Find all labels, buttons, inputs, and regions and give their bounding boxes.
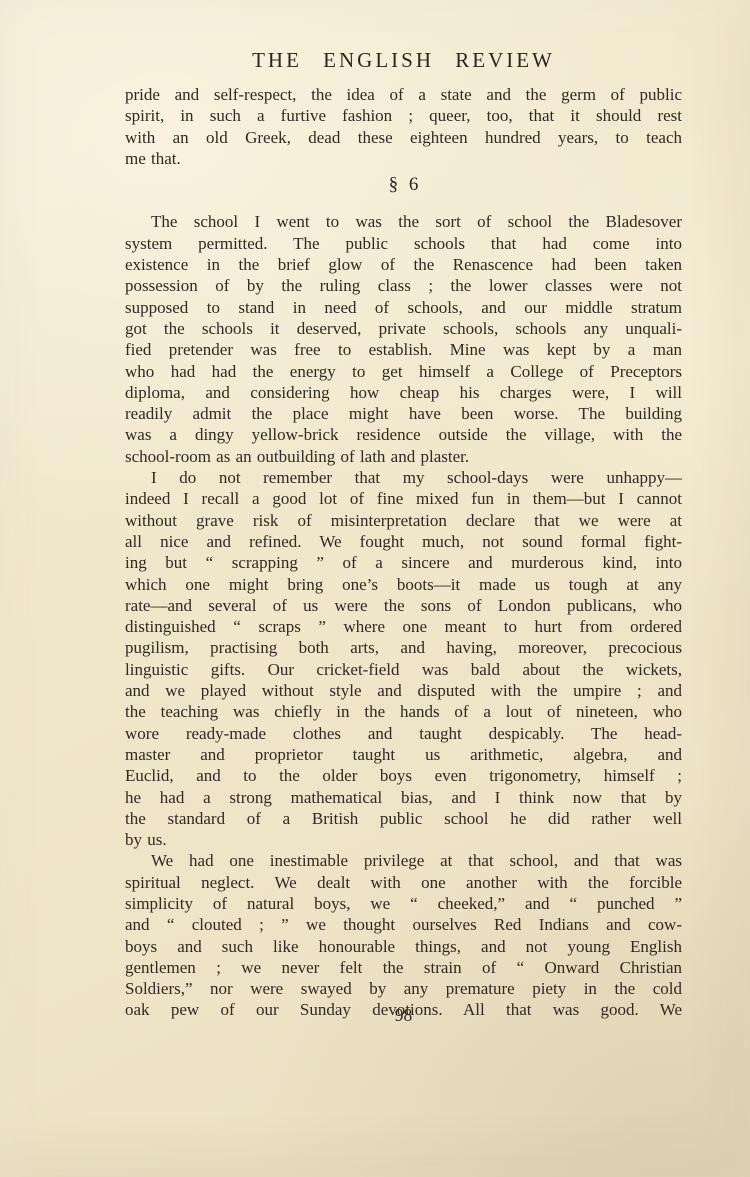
body-text-column: pride and self-respect, the idea of a st… [125,84,682,1021]
text-line: me that. [125,148,682,169]
text-line: Soldiers,” nor were swayed by any premat… [125,978,682,999]
text-line: all nice and refined. We fought much, no… [125,531,682,552]
text-line: gentlemen ; we never felt the strain of … [125,957,682,978]
text-line: diploma, and considering how cheap his c… [125,382,682,403]
text-line: spiritual neglect. We dealt with one ano… [125,872,682,893]
text-line: distinguished “ scraps ” where one meant… [125,616,682,637]
paragraph: I do not remember that my school-days we… [125,467,682,850]
text-line: supposed to stand in need of schools, an… [125,297,682,318]
text-line: school-room as an outbuilding of lath an… [125,446,682,467]
text-line: rate—and several of us were the sons of … [125,595,682,616]
paragraph: pride and self-respect, the idea of a st… [125,84,682,169]
text-line: wore ready-made clothes and taught despi… [125,723,682,744]
text-line: The school I went to was the sort of sch… [125,211,682,232]
text-line: ing but “ scrapping ” of a sincere and m… [125,552,682,573]
text-line: fied pretender was free to establish. Mi… [125,339,682,360]
section-heading: § 6 [125,174,682,195]
text-line: and “ clouted ; ” we thought ourselves R… [125,914,682,935]
text-line: master and proprietor taught us arithmet… [125,744,682,765]
text-line: he had a strong mathematical bias, and I… [125,787,682,808]
text-line: indeed I recall a good lot of fine mixed… [125,488,682,509]
text-line: readily admit the place might have been … [125,403,682,424]
text-line: existence in the brief glow of the Renas… [125,254,682,275]
paragraph: We had one inestimable privilege at that… [125,850,682,1020]
text-line: got the schools it deserved, private sch… [125,318,682,339]
text-line: pride and self-respect, the idea of a st… [125,84,682,105]
text-line: linguistic gifts. Our cricket-field was … [125,659,682,680]
text-line: the standard of a British public school … [125,808,682,829]
text-line: system permitted. The public schools tha… [125,233,682,254]
journal-masthead: THE ENGLISH REVIEW [125,48,682,73]
text-line: with an old Greek, dead these eighteen h… [125,127,682,148]
page-number: 98 [125,1005,682,1026]
text-line: I do not remember that my school-days we… [125,467,682,488]
text-line: Euclid, and to the older boys even trigo… [125,765,682,786]
text-line: boys and such like honourable things, an… [125,936,682,957]
text-line: the teaching was chiefly in the hands of… [125,701,682,722]
text-line: spirit, in such a furtive fashion ; quee… [125,105,682,126]
text-line: which one might bring one’s boots—it mad… [125,574,682,595]
text-line: pugilism, practising both arts, and havi… [125,637,682,658]
text-line: without grave risk of misinterpretation … [125,510,682,531]
text-line: who had had the energy to get himself a … [125,361,682,382]
text-line: simplicity of natural boys, we “ cheeked… [125,893,682,914]
text-line: was a dingy yellow-brick residence outsi… [125,424,682,445]
text-line: possession of by the ruling class ; the … [125,275,682,296]
text-line: We had one inestimable privilege at that… [125,850,682,871]
text-line: by us. [125,829,682,850]
paragraph: The school I went to was the sort of sch… [125,211,682,467]
scanned-book-page: THE ENGLISH REVIEW pride and self-respec… [0,0,750,1177]
text-line: and we played without style and disputed… [125,680,682,701]
